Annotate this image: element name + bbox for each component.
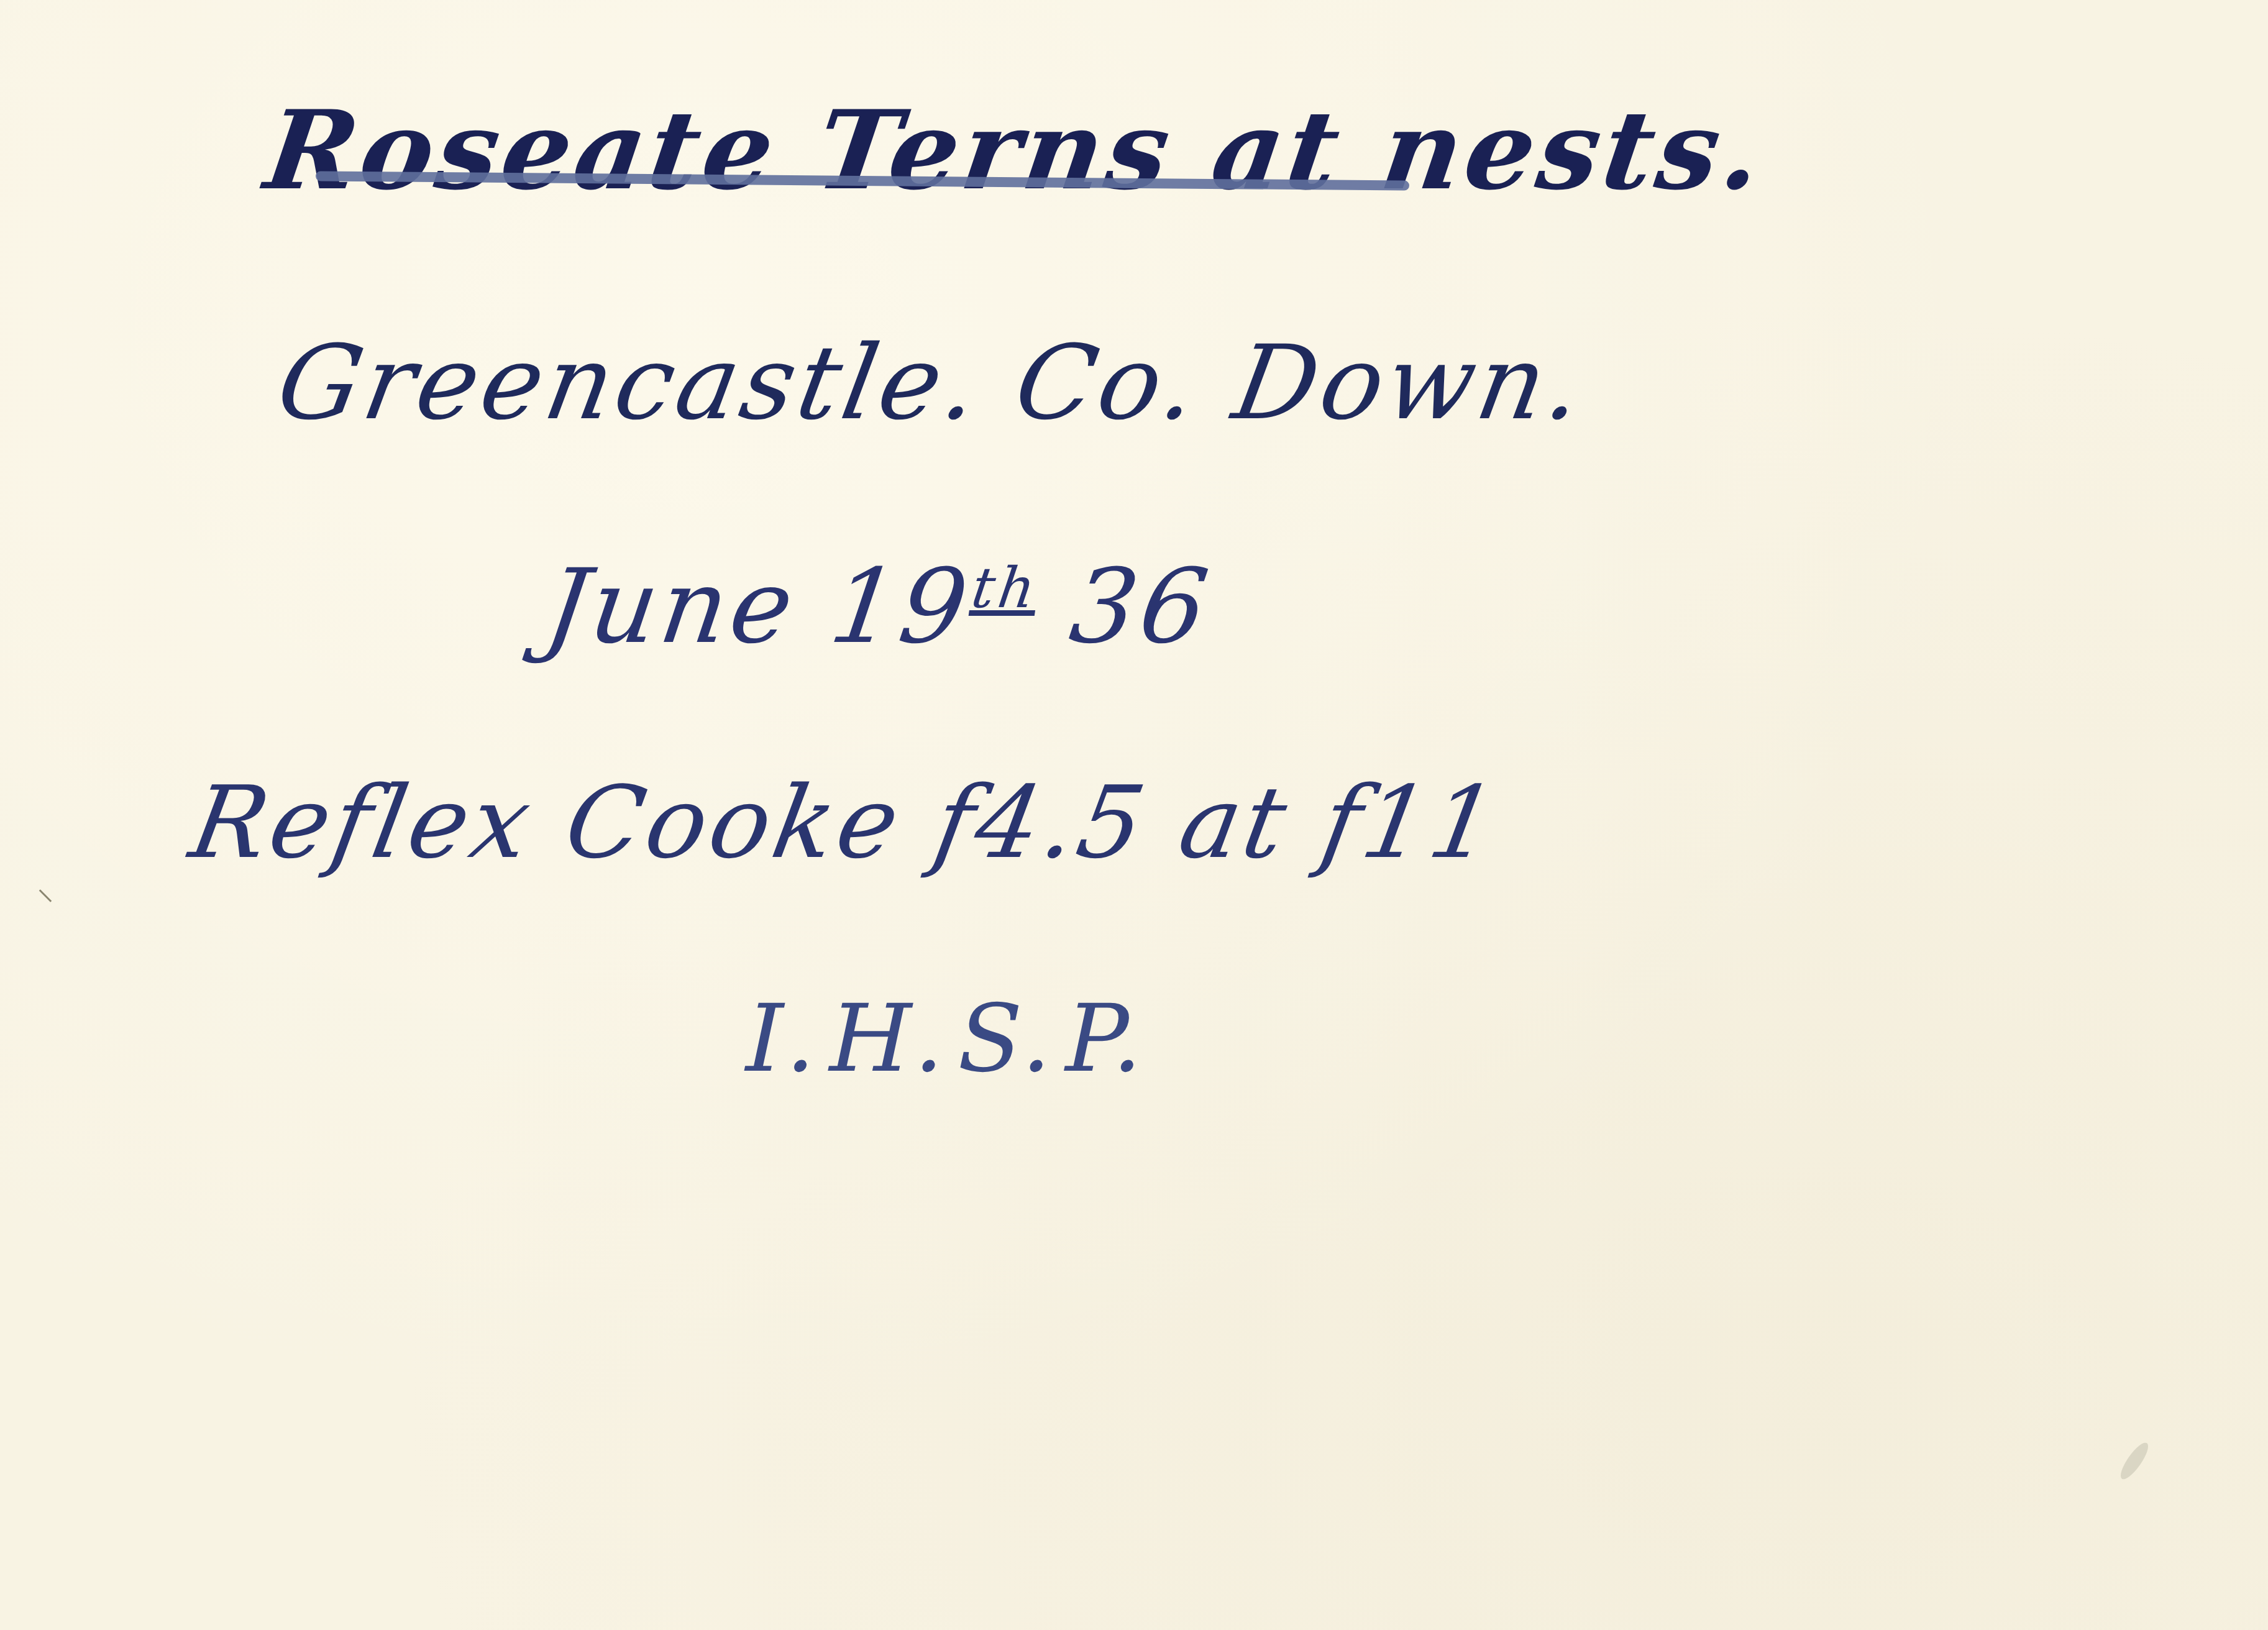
date-year: 36: [1027, 547, 1218, 666]
location-line: Greencastle. Co. Down.: [269, 323, 1595, 442]
date-day: June 19: [539, 547, 979, 666]
photographer-initials: I.H.S.P.: [734, 985, 1168, 1093]
note-card: Roseate Terns at nests. Greencastle. Co.…: [0, 0, 2268, 1630]
note-title: Roseate Terns at nests.: [258, 87, 1773, 214]
camera-settings-line: Reflex Cooke f4.5 at f11: [183, 764, 1509, 881]
paper-smudge-mark: [2116, 1439, 2152, 1483]
paper-scratch-mark: [39, 889, 52, 902]
date-ordinal: th: [968, 556, 1043, 621]
date-line: June 19th 36: [539, 547, 1219, 666]
